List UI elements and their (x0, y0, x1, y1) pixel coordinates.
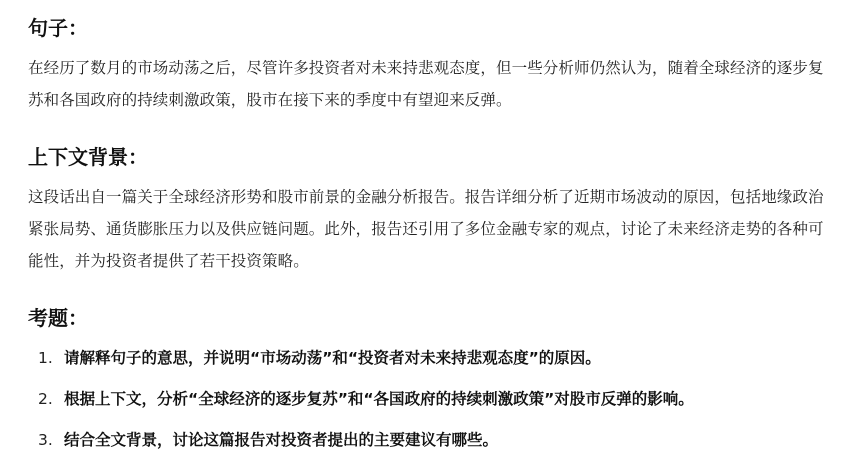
question-item: 3. 结合全文背景，讨论这篇报告对投资者提出的主要建议有哪些。 (28, 420, 828, 458)
question-number: 3. (38, 420, 53, 458)
question-text: 根据上下文，分析“全球经济的逐步复苏”和“各国政府的持续刺激政策”对股市反弹的影… (64, 379, 694, 420)
questions-list: 1. 请解释句子的意思，并说明“市场动荡”和“投资者对未来持悲观态度”的原因。 … (28, 338, 828, 458)
context-heading: 上下文背景： (28, 143, 148, 171)
question-number: 1. (38, 338, 53, 379)
question-number: 2. (38, 379, 53, 420)
sentence-heading: 句子： (28, 14, 88, 42)
question-text: 请解释句子的意思，并说明“市场动荡”和“投资者对未来持悲观态度”的原因。 (64, 338, 601, 379)
sentence-paragraph: 在经历了数月的市场动荡之后，尽管许多投资者对未来持悲观态度，但一些分析师仍然认为… (28, 52, 828, 116)
question-item: 1. 请解释句子的意思，并说明“市场动荡”和“投资者对未来持悲观态度”的原因。 (28, 338, 828, 379)
questions-heading: 考题： (28, 304, 88, 332)
question-text: 结合全文背景，讨论这篇报告对投资者提出的主要建议有哪些。 (64, 420, 498, 458)
question-item: 2. 根据上下文，分析“全球经济的逐步复苏”和“各国政府的持续刺激政策”对股市反… (28, 379, 828, 420)
context-paragraph: 这段话出自一篇关于全球经济形势和股市前景的金融分析报告。报告详细分析了近期市场波… (28, 181, 828, 277)
